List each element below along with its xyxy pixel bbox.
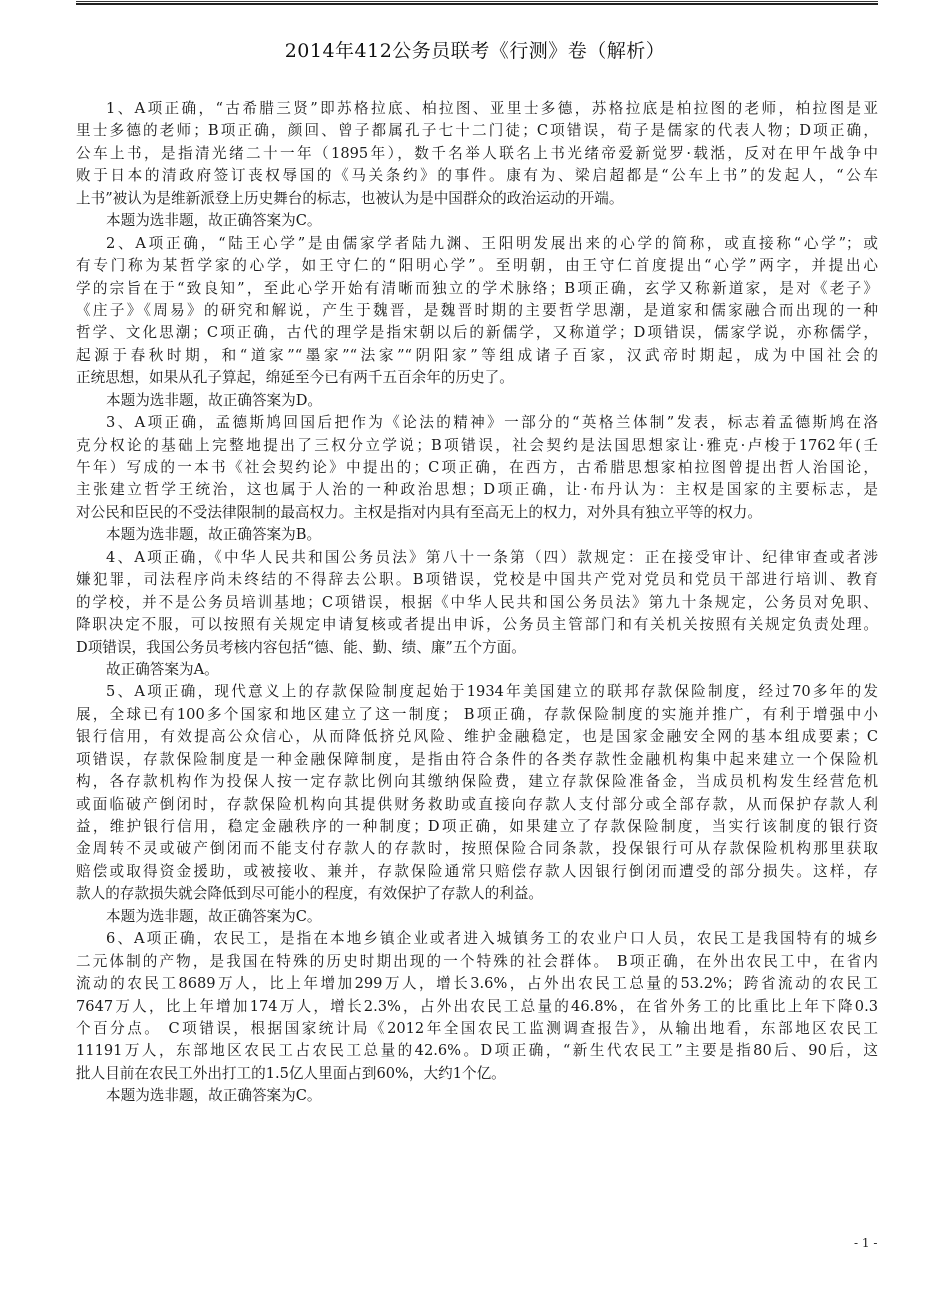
text-line: 败于日本的清政府签订丧权辱国的《马关条约》的事件。康有为、梁启超都是“公车上书”…: [76, 165, 878, 187]
document-body: 1、A项正确，“古希腊三贤”即苏格拉底、柏拉图、亚里士多德，苏格拉底是柏拉图的老…: [76, 98, 878, 1108]
document-title: 2014年412公务员联考《行测》卷（解析）: [0, 36, 950, 63]
text-line: 正统思想，如果从孔子算起，绵延至今已有两千五百余年的历史了。: [76, 367, 878, 389]
header-rule-thin: [76, 1, 878, 2]
text-line: 7647万人，比上年增加174万人，增长2.3%，占外出农民工总量的46.8%，…: [76, 996, 878, 1018]
text-line: 6、A项正确，农民工，是指在本地乡镇企业或者进入城镇务工的农业户口人员，农民工是…: [76, 928, 878, 950]
text-line: 学的宗旨在于“致良知”，至此心学开始有清晰而独立的学术脉络；B项正确，玄学又称新…: [76, 278, 878, 300]
text-line: 批人目前在农民工外出打工的1.5亿人里面占到60%，大约1个亿。: [76, 1063, 878, 1085]
text-line: 2、A项正确，“陆王心学”是由儒家学者陆九渊、王阳明发展出来的心学的简称，或直接…: [76, 233, 878, 255]
text-line: 嫌犯罪，司法程序尚未终结的不得辞去公职。B项错误，党校是中国共产党对党员和党员干…: [76, 569, 878, 591]
header-rule-thick: [76, 3, 878, 5]
text-line: 项错误，存款保险制度是一种金融保障制度，是指由符合条件的各类存款性金融机构集中起…: [76, 749, 878, 771]
text-line: 或面临破产倒闭时，存款保险机构向其提供财务救助或直接向存款人支付部分或全部存款，…: [76, 794, 878, 816]
text-line: 流动的农民工8689万人，比上年增加299万人，增长3.6%，占外出农民工总量的…: [76, 973, 878, 995]
text-line: 降职决定不服，可以按照有关规定申请复核或者提出申诉，公务员主管部门和有关机关按照…: [76, 614, 878, 636]
text-line: 展，全球已有100多个国家和地区建立了这一制度； B项正确，存款保险制度的实施并…: [76, 704, 878, 726]
text-line: 起源于春秋时期，和“道家”“墨家”“法家”“阴阳家”等组成诸子百家，汉武帝时期起…: [76, 345, 878, 367]
text-line: 对公民和臣民的不受法律限制的最高权力。主权是指对内具有至高无上的权力，对外具有独…: [76, 502, 878, 524]
text-line: 的学校，并不是公务员培训基地；C项错误，根据《中华人民共和国公务员法》第九十条规…: [76, 592, 878, 614]
text-line: 本题为选非题，故正确答案为D。: [76, 390, 878, 412]
text-line: 金周转不灵或破产倒闭而不能支付存款人的存款时，按照保险合同条款，投保银行可从存款…: [76, 838, 878, 860]
text-line: 主张建立哲学王统治，这也属于人治的一种政治思想；D项正确，让·布丹认为：主权是国…: [76, 479, 878, 501]
text-line: 1、A项正确，“古希腊三贤”即苏格拉底、柏拉图、亚里士多德，苏格拉底是柏拉图的老…: [76, 98, 878, 120]
text-line: 个百分点。 C项错误，根据国家统计局《2012年全国农民工监测调查报告》，从输出…: [76, 1018, 878, 1040]
text-line: 款人的存款损失就会降低到尽可能小的程度，有效保护了存款人的利益。: [76, 883, 878, 905]
text-line: 银行信用，有效提高公众信心，从而降低挤兑风险、维护金融稳定，也是国家金融安全网的…: [76, 726, 878, 748]
text-line: 故正确答案为A。: [76, 659, 878, 681]
text-line: 公车上书，是指清光绪二十一年（1895年），数千名举人联名上书光绪帝爱新觉罗·载…: [76, 143, 878, 165]
text-line: 3、A项正确，孟德斯鸠回国后把作为《论法的精神》一部分的“英格兰体制”发表，标志…: [76, 412, 878, 434]
text-line: 本题为选非题，故正确答案为C。: [76, 210, 878, 232]
text-line: 4、A项正确，《中华人民共和国公务员法》第八十一条第（四）款规定：正在接受审计、…: [76, 547, 878, 569]
text-line: 二元体制的产物，是我国在特殊的历史时期出现的一个特殊的社会群体。 B项正确，在外…: [76, 951, 878, 973]
text-line: 本题为选非题，故正确答案为B。: [76, 524, 878, 546]
text-line: 5、A项正确，现代意义上的存款保险制度起始于1934年美国建立的联邦存款保险制度…: [76, 681, 878, 703]
text-line: 构，各存款机构作为投保人按一定存款比例向其缴纳保险费，建立存款保险准备金，当成员…: [76, 771, 878, 793]
text-line: 赔偿或取得资金援助，或被接收、兼并，存款保险通常只赔偿存款人因银行倒闭而遭受的部…: [76, 861, 878, 883]
text-line: 《庄子》《周易》的研究和解说，产生于魏晋，是魏晋时期的主要哲学思潮，是道家和儒家…: [76, 300, 878, 322]
text-line: 益，维护银行信用，稳定金融秩序的一种制度；D项正确，如果建立了存款保险制度，当实…: [76, 816, 878, 838]
text-line: 有专门称为某哲学家的心学，如王守仁的“阳明心学”。至明朝，由王守仁首度提出“心学…: [76, 255, 878, 277]
text-line: 11191万人，东部地区农民工占农民工总量的42.6%。D项正确，“新生代农民工…: [76, 1040, 878, 1062]
text-line: 本题为选非题，故正确答案为C。: [76, 1085, 878, 1107]
text-line: 午年）写成的一本书《社会契约论》中提出的；C项正确，在西方，古希腊思想家柏拉图曾…: [76, 457, 878, 479]
text-line: 上书”被认为是维新派登上历史舞台的标志，也被认为是中国群众的政治运动的开端。: [76, 188, 878, 210]
text-line: 哲学、文化思潮；C项正确，古代的理学是指宋朝以后的新儒学，又称道学；D项错误，儒…: [76, 322, 878, 344]
text-line: 克分权论的基础上完整地提出了三权分立学说；B项错误，社会契约是法国思想家让·雅克…: [76, 435, 878, 457]
text-line: 里士多德的老师；B项正确，颜回、曾子都属孔子七十二门徒；C项错误，荀子是儒家的代…: [76, 120, 878, 142]
page-number: - 1 -: [854, 1236, 877, 1250]
text-line: 本题为选非题，故正确答案为C。: [76, 906, 878, 928]
text-line: D项错误，我国公务员考核内容包括“德、能、勤、绩、廉”五个方面。: [76, 637, 878, 659]
